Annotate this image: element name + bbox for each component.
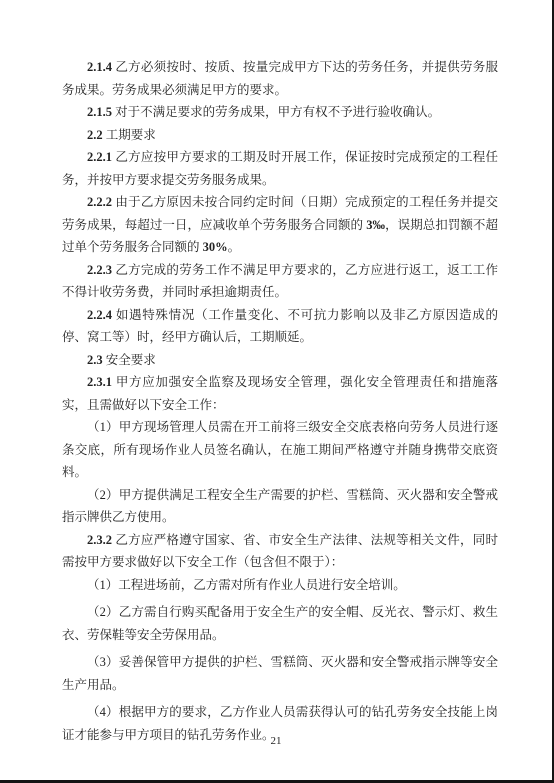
list-item-2-3-2-1: （1）工程进场前，乙方需对所有作业人员进行安全培训。 [62,574,498,597]
clause-text: 甲方应加强安全监察及现场安全管理，强化安全管理责任和措施落实，且需做好以下安全工… [62,375,498,412]
list-item-text: （2）甲方提供满足工程安全生产需要的护栏、雪糕筒、灭火器和安全警戒指示牌供乙方使… [62,488,498,525]
section-heading-text: 工期要求 [103,128,156,142]
list-item-text: （1）甲方现场管理人员需在开工前将三级安全交底表格向劳务人员进行逐条交底，所有现… [62,420,498,479]
list-item-2-3-2-3: （3）妥善保管甲方提供的护栏、雪糕筒、灭火器和安全警戒指示牌等安全生产用品。 [62,651,498,696]
list-item-2-3-1-2: （2）甲方提供满足工程安全生产需要的护栏、雪糕筒、灭火器和安全警戒指示牌供乙方使… [62,484,498,529]
list-item-text: （2）乙方需自行购买配备用于安全生产的安全帽、反光衣、警示灯、救生衣、劳保鞋等安… [62,605,498,642]
clause-number: 2.3.2 [87,533,112,547]
clause-number: 2.3.1 [87,375,112,389]
contract-text-block: 2.1.4 乙方必须按时、按质、按量完成甲方下达的劳务任务，并提供劳务服务成果。… [62,56,498,746]
clause-text: 对于不满足要求的劳务成果，甲方有权不予进行验收确认。 [112,105,440,119]
penalty-cap-value: 30% [203,240,228,254]
section-heading-text: 安全要求 [103,353,156,367]
clause-2-2-1: 2.2.1 乙方应按甲方要求的工期及时开展工作，保证按时完成预定的工程任务，并按… [62,146,498,191]
page-number: 21 [0,734,552,748]
clause-text: 乙方必须按时、按质、按量完成甲方下达的劳务任务，并提供劳务服务成果。劳务成果必须… [62,60,498,97]
list-item-2-3-2-2: （2）乙方需自行购买配备用于安全生产的安全帽、反光衣、警示灯、救生衣、劳保鞋等安… [62,601,498,646]
clause-number: 2.1.4 [87,60,112,74]
clause-text: 乙方应按甲方要求的工期及时开展工作，保证按时完成预定的工程任务，并按甲方要求提交… [62,150,498,187]
clause-2-3-2: 2.3.2 乙方应严格遵守国家、省、市安全生产法律、法规等相关文件，同时需按甲方… [62,529,498,574]
clause-2-2-3: 2.2.3 乙方完成的劳务工作不满足甲方要求的，乙方应进行返工，返工工作不得计收… [62,259,498,304]
penalty-rate-value: 3‰ [366,218,385,232]
clause-text: 如遇特殊情况（工作量变化、不可抗力影响以及非乙方原因造成的停、窝工等）时，经甲方… [62,308,498,345]
list-item-text: （3）妥善保管甲方提供的护栏、雪糕筒、灭火器和安全警戒指示牌等安全生产用品。 [62,655,498,692]
section-heading-2-3: 2.3 安全要求 [62,349,498,372]
clause-2-2-4: 2.2.4 如遇特殊情况（工作量变化、不可抗力影响以及非乙方原因造成的停、窝工等… [62,304,498,349]
clause-text: 。 [228,240,241,254]
clause-number: 2.2.3 [87,263,112,277]
clause-number: 2.2.2 [87,195,112,209]
clause-2-3-1: 2.3.1 甲方应加强安全监察及现场安全管理，强化安全管理责任和措施落实，且需做… [62,371,498,416]
clause-2-1-4: 2.1.4 乙方必须按时、按质、按量完成甲方下达的劳务任务，并提供劳务服务成果。… [62,56,498,101]
list-item-text: （1）工程进场前，乙方需对所有作业人员进行安全培训。 [87,578,406,592]
clause-2-2-2: 2.2.2 由于乙方原因未按合同约定时间（日期）完成预定的工程任务并提交劳务成果… [62,191,498,259]
clause-2-1-5: 2.1.5 对于不满足要求的劳务成果，甲方有权不予进行验收确认。 [62,101,498,124]
clause-number: 2.2.4 [87,308,112,322]
clause-text: 乙方完成的劳务工作不满足甲方要求的，乙方应进行返工，返工工作不得计收劳务费，并同… [62,263,498,300]
clause-number: 2.1.5 [87,105,112,119]
clause-text: 乙方应严格遵守国家、省、市安全生产法律、法规等相关文件，同时需按甲方要求做好以下… [62,533,498,570]
list-item-2-3-1-1: （1）甲方现场管理人员需在开工前将三级安全交底表格向劳务人员进行逐条交底，所有现… [62,416,498,484]
clause-number: 2.2 [87,128,103,142]
section-heading-2-2: 2.2 工期要求 [62,124,498,147]
document-page: { "colors": { "page_background": "#fffff… [0,0,554,783]
clause-number: 2.2.1 [87,150,112,164]
clause-number: 2.3 [87,353,103,367]
